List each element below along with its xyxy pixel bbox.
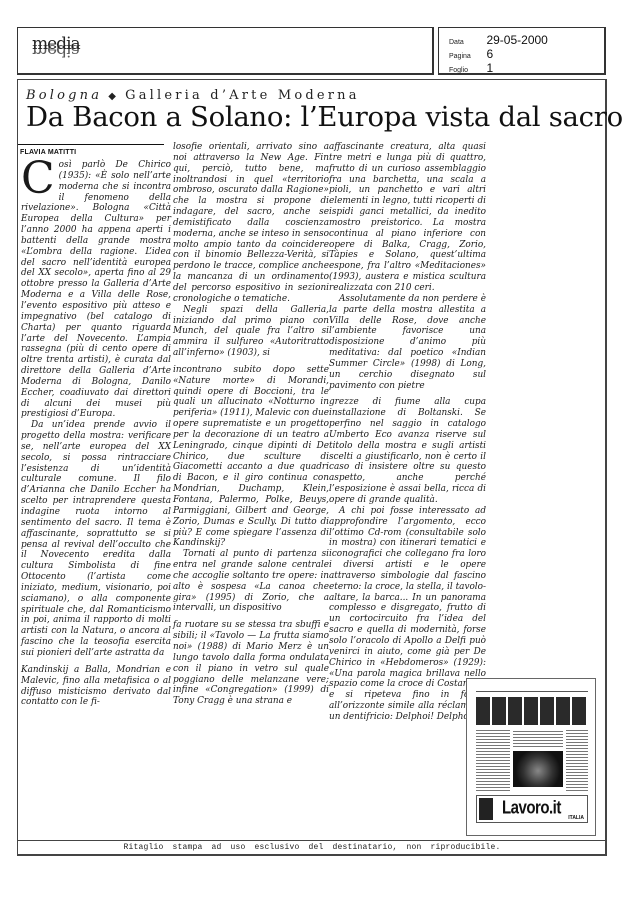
thumbnail-photo [513, 751, 563, 787]
article-paragraph: fa ruotare su se stessa tra sbuffi e sib… [173, 620, 329, 707]
page-thumbnail: Lavoro.it ITALIA [466, 678, 596, 836]
ad-dark-block [479, 798, 493, 820]
thumbnail-ad: Lavoro.it ITALIA [476, 795, 588, 823]
article-paragraph: Kandinskij a Balla, Mondrian e Malevic, … [21, 665, 171, 708]
footer-divider [18, 840, 606, 841]
article-paragraph: affascinante creatura, alta quasi tre me… [329, 142, 486, 294]
thumbnail-content: Lavoro.it ITALIA [476, 691, 588, 821]
article-paragraph: Tornati al punto di partenza si entra ne… [173, 549, 329, 614]
meta-sheet: Foglio 1 [449, 59, 493, 77]
article-paragraph: incontrano subito dopo sette «Nature mor… [173, 365, 329, 549]
headline: Da Bacon a Solano: l’Europa vista dal sa… [26, 101, 623, 133]
author-divider [18, 144, 164, 145]
article-paragraph: losofie orientali, arrivato sino a noi a… [173, 142, 329, 305]
article-column-3: affascinante creatura, alta quasi tre me… [329, 142, 486, 723]
footer-disclaimer: Ritaglio stampa ad uso esclusivo del des… [18, 843, 606, 852]
article-paragraph: A chi poi fosse interessato ad approfond… [329, 506, 486, 723]
meta-value: 1 [486, 61, 493, 75]
thumbnail-header-rule [476, 691, 588, 696]
masthead-box: media media [17, 27, 434, 75]
article-column-1: Così parlò De Chirico (1935): «È solo ne… [21, 160, 171, 708]
thumbnail-dark-band [476, 697, 588, 725]
thumbnail-text-block [476, 729, 510, 791]
article-paragraph: grezze di fiume alla cupa installazione … [329, 397, 486, 505]
article-paragraph: Assolutamente da non perdere è la parte … [329, 294, 486, 392]
media-logo: media media [32, 34, 78, 70]
meta-value: 29-05-2000 [486, 33, 547, 47]
article-paragraph: Così parlò De Chirico (1935): «È solo ne… [21, 160, 171, 420]
metadata-box: Data 29-05-2000 Pagina 6 Foglio 1 [438, 27, 606, 75]
thumbnail-text-block [513, 731, 563, 747]
thumbnail-text-block [566, 729, 588, 791]
meta-label: Foglio [449, 67, 482, 74]
article-column-2: losofie orientali, arrivato sino a noi a… [173, 142, 329, 707]
ad-brand: ITALIA [568, 815, 584, 821]
article-paragraph: Da un’idea prende avvio il progetto dell… [21, 420, 171, 659]
article-paragraph: Negli spazi della Galleria, iniziando da… [173, 305, 329, 359]
ad-logo-text: Lavoro.it [502, 798, 561, 818]
logo-text-mirrored: media [32, 40, 80, 60]
drop-cap: C [21, 162, 55, 196]
